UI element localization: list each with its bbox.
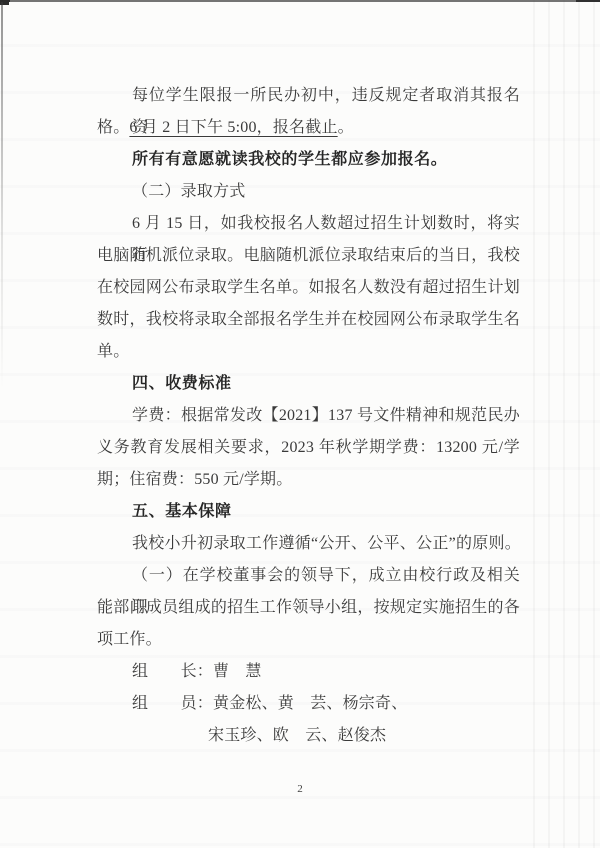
- paragraph-line-principles: 我校小升初录取工作遵循“公开、公平、公正”的原则。: [97, 528, 520, 560]
- section-heading-basic-guarantee: 五、基本保障: [97, 496, 520, 528]
- bold-statement-all-students: 所有有意愿就读我校的学生都应参加报名。: [97, 144, 520, 176]
- paragraph-line: （一）在学校董事会的领导下，成立由校行政及相关职: [97, 560, 520, 592]
- paragraph-line: 每位学生限报一所民办初中，违反规定者取消其报名资: [97, 80, 520, 112]
- document-body: 每位学生限报一所民办初中，违反规定者取消其报名资 格。6 月 2 日下午 5:0…: [97, 80, 520, 752]
- group-members-line-1: 组 员：黄金松、黄 芸、杨宗奇、: [97, 688, 520, 720]
- group-leader-line: 组 长：曹 慧: [97, 656, 520, 688]
- page-number: 2: [0, 783, 600, 795]
- paragraph-line-with-deadline: 格。6 月 2 日下午 5:00，报名截止。: [97, 112, 520, 144]
- paragraph-line: 义务教育发展相关要求，2023 年秋学期学费：13200 元/学: [97, 432, 520, 464]
- scan-edge-left: [1, 2, 3, 432]
- scan-edge-top: [0, 0, 600, 2]
- paragraph-line: 能部门成员组成的招生工作领导小组，按规定实施招生的各: [97, 592, 520, 624]
- paragraph-line: 在校园网公布录取学生名单。如报名人数没有超过招生计划: [97, 272, 520, 304]
- paragraph-line: 电脑随机派位录取。电脑随机派位录取结束后的当日，我校: [97, 240, 520, 272]
- deadline-underlined-text: 6 月 2 日下午 5:00，报名截止: [129, 119, 337, 136]
- group-members-line-2: 宋玉珍、欧 云、赵俊杰: [97, 720, 520, 752]
- paragraph-line: 项工作。: [97, 624, 520, 656]
- paragraph-line: 单。: [97, 336, 520, 368]
- paragraph-line: 学费：根据常发改【2021】137 号文件精神和规范民办: [97, 400, 520, 432]
- paragraph-line: 期；住宿费：550 元/学期。: [97, 464, 520, 496]
- scan-texture-streaks: [520, 0, 600, 848]
- sentence-fragment: 格。: [97, 119, 129, 136]
- scanned-document-page: 每位学生限报一所民办初中，违反规定者取消其报名资 格。6 月 2 日下午 5:0…: [0, 0, 600, 848]
- section-heading-fees: 四、收费标准: [97, 368, 520, 400]
- paragraph-line: 6 月 15 日，如我校报名人数超过招生计划数时，将实行: [97, 208, 520, 240]
- subsection-heading-admission-method: （二）录取方式: [97, 176, 520, 208]
- sentence-period: 。: [338, 119, 354, 136]
- paragraph-line: 数时，我校将录取全部报名学生并在校园网公布录取学生名: [97, 304, 520, 336]
